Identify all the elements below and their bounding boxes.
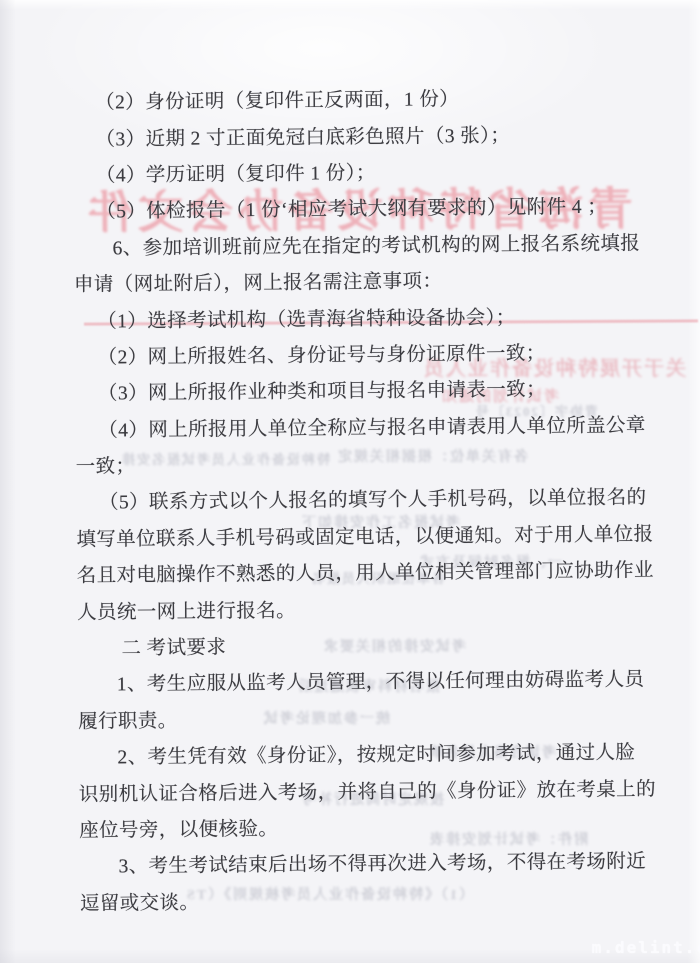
doc-line: 人员统一网上进行报名。 [77,587,655,629]
doc-line: 3、考生考试结束后出场不得再次进入考场，不得在考场附近 [79,841,657,883]
doc-line: 申请（网址附后），网上报名需注意事项： [74,259,652,301]
doc-line: （2）身份证明（复印件正反两面，1 份） [72,77,650,119]
doc-line: （4）学历证明（复印件 1 份）； [73,150,651,192]
doc-line: 二 考试要求 [77,623,655,665]
doc-line: 1、考生应服从监考人员管理，不得以任何理由妨碍监考人员 [78,659,656,701]
doc-line: 名且对电脑操作不熟悉的人员，用人单位相关管理部门应协助作业 [77,550,655,592]
doc-line: 座位号旁，以便核验。 [79,805,657,847]
doc-line: 填写单位联系人手机号码或固定电话，以便通知。对于用人单位报 [76,514,654,556]
watermark-text: m.delint.c [592,938,700,957]
doc-line: （5）联系方式以个人报名的填写个人手机号码，以单位报名的 [76,478,654,520]
scanned-page: 青海省特种设备协会文件 关于开展特种设备作业人员考试计划的通知青协字〔2023〕… [0,0,700,963]
doc-line: （3）近期 2 寸正面免冠白底彩色照片（3 张）； [72,114,650,156]
doc-line: 履行职责。 [78,696,656,738]
doc-line: （2）网上所报姓名、身份证号与身份证原件一致； [74,332,652,374]
doc-line: （5）体检报告（1 份‘相应考试大纲有要求的）见附件 4 ； [73,186,651,228]
doc-line: 6、参加培训班前应先在指定的考试机构的网上报名系统填报 [73,223,651,265]
doc-line: 逗留或交谈。 [80,878,658,920]
doc-line: （4）网上所报用人单位全称应与报名申请表用人单位所盖公章 [75,405,653,447]
document-text: （2）身份证明（复印件正反两面，1 份）（3）近期 2 寸正面免冠白底彩色照片（… [72,77,658,919]
doc-line: （1）选择考试机构（选青海省特种设备协会）； [74,296,652,338]
doc-line: 识别机认证合格后进入考场，并将自己的《身份证》放在考桌上的 [79,769,657,811]
doc-line: （3）网上所报作业种类和项目与报名申请表一致； [75,368,653,410]
doc-line: 2、考生凭有效《身份证》，按规定时间参加考试，通过人脸 [78,732,656,774]
doc-line: 一致； [76,441,654,483]
